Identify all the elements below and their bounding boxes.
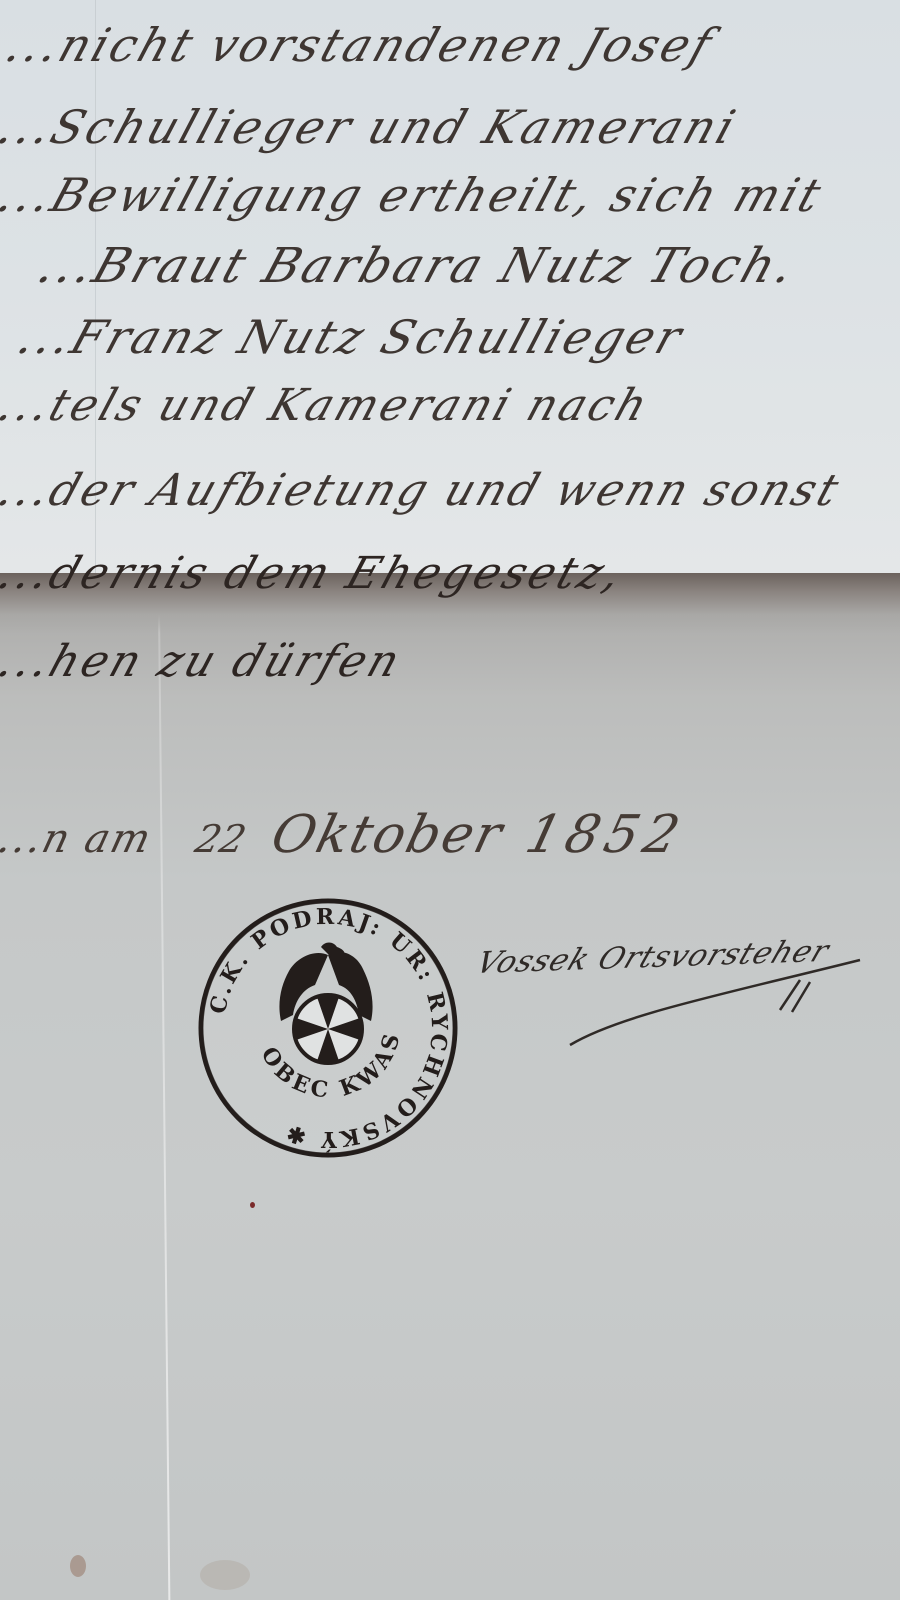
handwritten-line-7: ...der Aufbietung und wenn sonst xyxy=(0,465,848,516)
date-line: ...n am 22 Oktober 1852 xyxy=(0,805,691,865)
handwritten-line-6: ...tels und Kamerani nach xyxy=(0,380,657,431)
date-month: Oktober xyxy=(265,805,509,865)
red-ink-speck xyxy=(250,1202,255,1208)
handwritten-line-4: ...Braut Barbara Nutz Toch. xyxy=(31,238,804,294)
paper-stain xyxy=(70,1555,86,1577)
date-year: 1852 xyxy=(520,805,691,865)
official-seal-stamp: C.K. PODRAJ: UR: RYCHNOVSKÝ ✱ OBEC KWAS xyxy=(197,897,459,1159)
handwritten-line-8: ...dernis dem Ehegesetz, xyxy=(0,548,631,599)
paper-stain xyxy=(200,1560,250,1590)
date-day: 22 xyxy=(191,817,250,861)
handwritten-line-1: ...nicht vorstandenen Josef xyxy=(0,18,721,72)
handwritten-line-3: ...Bewilligung ertheilt, sich mit xyxy=(0,168,831,222)
signature-flourish xyxy=(560,940,880,1050)
handwritten-line-2: ...Schullieger und Kamerani xyxy=(0,100,745,154)
handwritten-line-9: ...hen zu dürfen xyxy=(0,636,409,687)
date-prefix: ...n am xyxy=(0,816,157,862)
document-photo: ...nicht vorstandenen Josef ...Schullieg… xyxy=(0,0,900,1600)
handwritten-line-5: ...Franz Nutz Schullieger xyxy=(11,310,691,364)
